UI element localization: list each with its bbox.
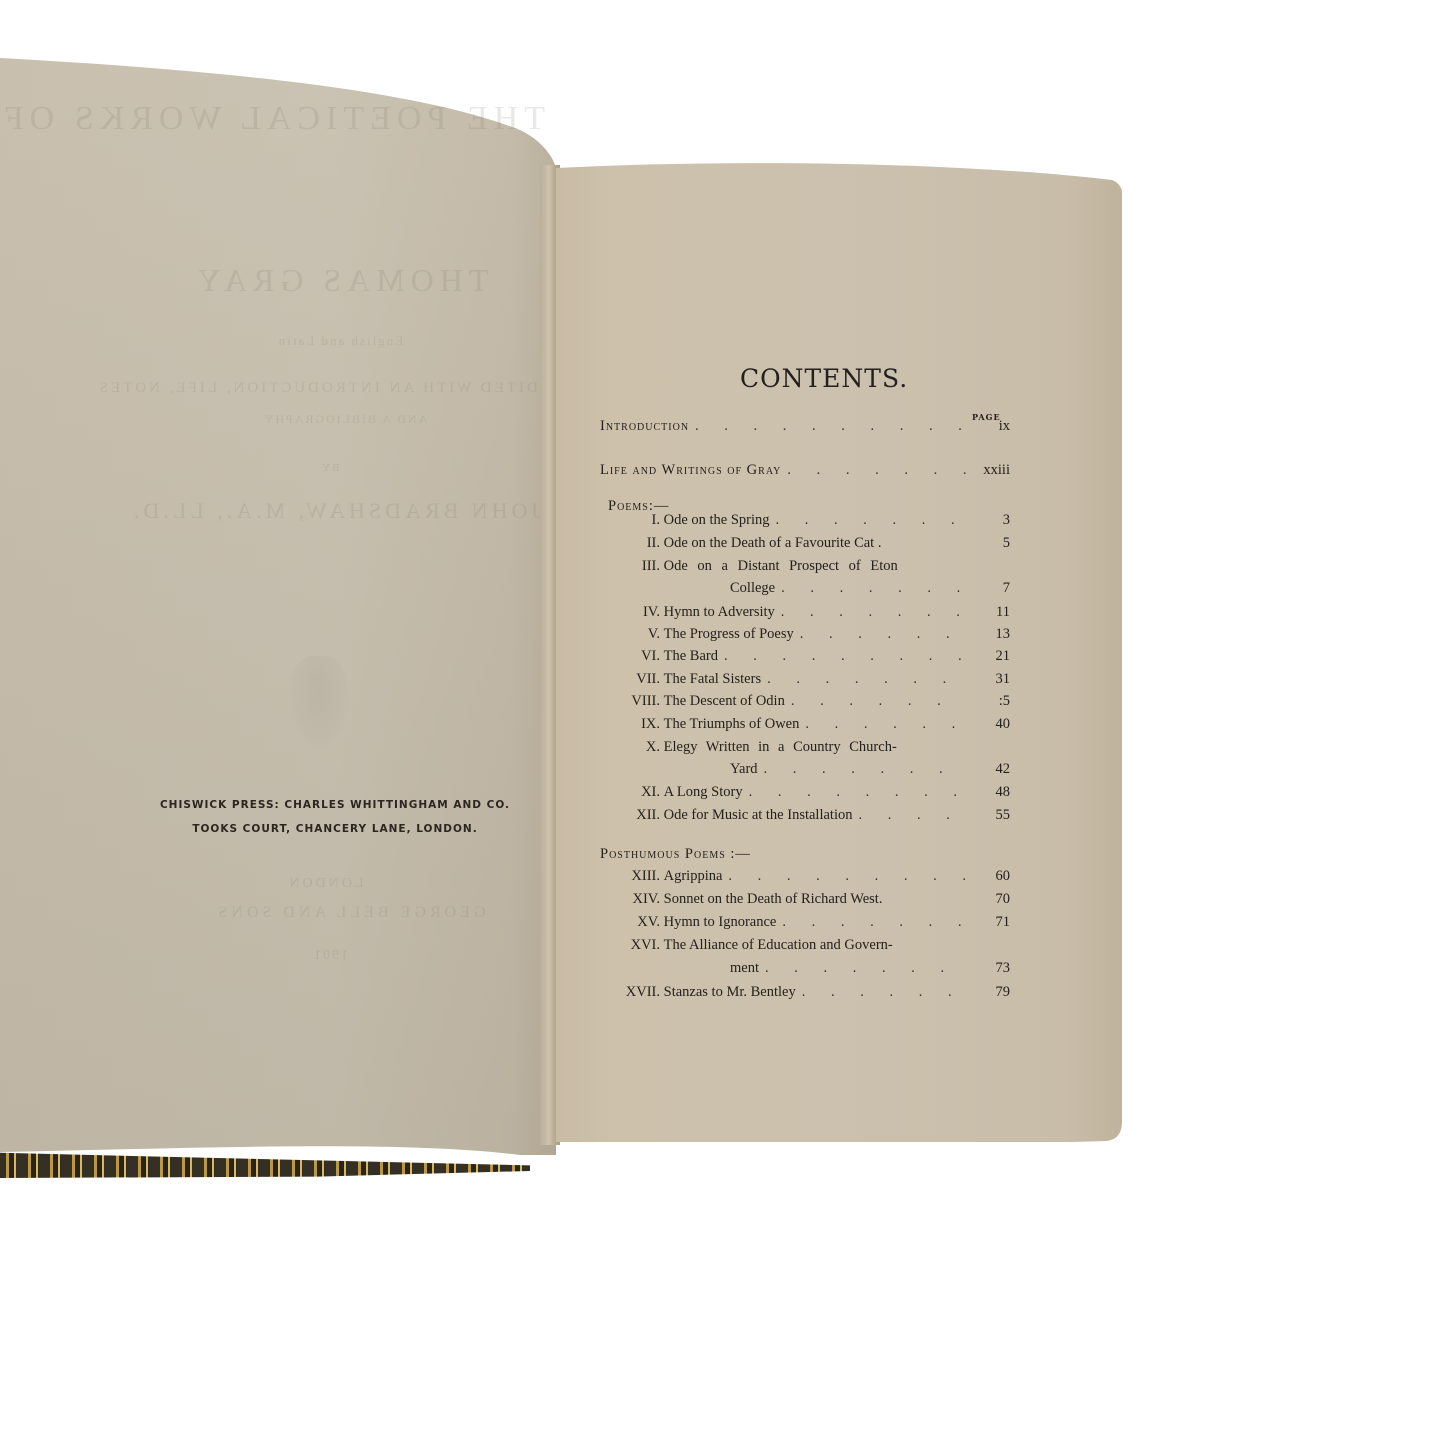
toc-entry: XVII. Stanzas to Mr. Bentley . . . . . .… (600, 984, 1010, 1006)
toc-entry-continuation: Yard . . . . . . . . . . . . . . . . . .… (600, 761, 1010, 783)
toc-entry: Life and Writings of Gray . . . . . . . … (600, 462, 1010, 484)
entry-title: The Progress of Poesy (664, 626, 794, 643)
toc-entry: XIII. Agrippina . . . . . . . . . . . . … (600, 868, 1010, 890)
roman-numeral: XVII. (600, 984, 660, 1001)
toc-entry: VI. The Bard . . . . . . . . . . . . . .… (600, 648, 1010, 670)
dot-leader: . . . . . . . . . . . . . . . . . . . . … (764, 761, 966, 778)
toc-entry: VII. The Fatal Sisters . . . . . . . . .… (600, 671, 1010, 693)
publisher-emblem-show-through (288, 656, 350, 752)
page-number: 7 (972, 580, 1010, 597)
roman-numeral: XI. (600, 784, 660, 801)
entry-title: Stanzas to Mr. Bentley (664, 984, 796, 1001)
page-number: 11 (972, 604, 1010, 621)
show-through-line: BY (300, 462, 360, 474)
dot-leader: . . . . . . . . . . . . . . . . . . . . … (695, 418, 966, 435)
show-through-line: GEORGE BELL AND SONS (190, 904, 510, 922)
entry-title: The Descent of Odin (664, 693, 785, 710)
roman-numeral: VI. (600, 648, 660, 665)
dot-leader: . . . . . . . . . . . . . . . . . . . . … (776, 512, 966, 529)
open-book: THE POETICAL WORKS OF THOMAS GRAY Englis… (0, 0, 1445, 1445)
roman-numeral: X. (600, 739, 660, 756)
roman-numeral: XV. (600, 914, 660, 931)
entry-title: The Alliance of Education and Govern- (664, 937, 893, 954)
page-number: 71 (972, 914, 1010, 931)
page-number: :5 (972, 693, 1010, 710)
entry-title-continued: College (730, 580, 775, 597)
toc-entry: X. Elegy Written in a Country Church- (600, 739, 1010, 761)
page-number: 79 (972, 984, 1010, 1001)
roman-numeral: V. (600, 626, 660, 643)
toc-entry: XII. Ode for Music at the Installation .… (600, 807, 1010, 829)
entry-title: A Long Story (664, 784, 743, 801)
page-number: 55 (972, 807, 1010, 824)
roman-numeral: IX. (600, 716, 660, 733)
show-through-line: LONDON (270, 876, 380, 892)
roman-numeral: VIII. (600, 693, 660, 710)
imprint-line-1: Chiswick Press: Charles Whittingham and … (150, 793, 520, 817)
dot-leader: . . . . . . . . . . . . . . . . . . . . … (805, 716, 966, 733)
toc-entry-continuation: College . . . . . . . . . . . . . . . . … (600, 580, 1010, 602)
page-number: 13 (972, 626, 1010, 643)
show-through-line: English and Latin (200, 333, 480, 349)
dot-leader: . . . . . . . . . . . . . . . . . . . . … (767, 671, 966, 688)
entry-title: Life and Writings of Gray (600, 462, 781, 479)
page-number: 21 (972, 648, 1010, 665)
contents-heading: CONTENTS. (740, 364, 908, 393)
dot-leader: . . . . . . . . . . . . . . . . . . . . … (800, 626, 966, 643)
dot-leader: . . . . . . . . . . . . . . . . . . . . … (749, 784, 966, 801)
toc-entry: XI. A Long Story . . . . . . . . . . . .… (600, 784, 1010, 806)
show-through-line: EDITED WITH AN INTRODUCTION, LIFE, NOTES (130, 380, 550, 397)
dot-leader: . . . . . . . . . . . . . . . . . . . . … (791, 693, 966, 710)
toc-entry: III. Ode on a Distant Prospect of Eton (600, 558, 1010, 580)
show-through-line: 1901 (300, 948, 360, 964)
page-number: ix (972, 418, 1010, 435)
roman-numeral: II. (600, 535, 660, 552)
dot-leader: . . . . . . . . . . . . . . . . . . . . … (765, 960, 966, 977)
page-number: 3 (972, 512, 1010, 529)
show-through-line: AND A BIBLIOGRAPHY (200, 412, 490, 427)
toc-entry: XV. Hymn to Ignorance . . . . . . . . . … (600, 914, 1010, 936)
roman-numeral: XIV. (600, 891, 660, 908)
roman-numeral: I. (600, 512, 660, 529)
entry-title-continued: Yard (730, 761, 758, 778)
entry-title: Hymn to Ignorance (664, 914, 777, 931)
dot-leader: . . . . . . . . . . . . . . . . . . . . … (724, 648, 966, 665)
toc-entry: V. The Progress of Poesy . . . . . . . .… (600, 626, 1010, 648)
entry-title: Sonnet on the Death of Richard West. (664, 891, 883, 908)
entry-title: Introduction (600, 418, 689, 435)
dot-leader: . . . . . . . . . . . . . . . . . . . . … (781, 580, 966, 597)
roman-numeral: VII. (600, 671, 660, 688)
toc-entry: XIV. Sonnet on the Death of Richard West… (600, 891, 1010, 913)
dot-leader: . . . . . . . . . . . . . . . . . . . . … (802, 984, 966, 1001)
page-number: 42 (972, 761, 1010, 778)
entry-title: Agrippina (664, 868, 723, 885)
entry-title: Ode on the Spring (664, 512, 770, 529)
printer-imprint: Chiswick Press: Charles Whittingham and … (150, 793, 520, 841)
page-number: 31 (972, 671, 1010, 688)
toc-entry: II. Ode on the Death of a Favourite Cat … (600, 535, 1010, 557)
roman-numeral: IV. (600, 604, 660, 621)
entry-title: Ode for Music at the Installation (664, 807, 853, 824)
toc-entry: IV. Hymn to Adversity . . . . . . . . . … (600, 604, 1010, 626)
toc-entry: Introduction . . . . . . . . . . . . . .… (600, 418, 1010, 440)
dot-leader: . . . . . . . . . . . . . . . . . . . . … (728, 868, 966, 885)
page-number: 73 (972, 960, 1010, 977)
roman-numeral: XVI. (600, 937, 660, 954)
entry-title: The Fatal Sisters (664, 671, 761, 688)
section-heading: Posthumous Poems :— (600, 846, 751, 863)
show-through-line: JOHN BRADSHAW, M.A., LL.D. (160, 498, 540, 524)
page-number: 5 (972, 535, 1010, 552)
entry-title: Elegy Written in a Country Church- (664, 739, 897, 756)
imprint-line-2: Tooks Court, Chancery Lane, London. (150, 817, 520, 841)
toc-entry-continuation: ment . . . . . . . . . . . . . . . . . .… (600, 960, 1010, 982)
left-page (0, 50, 556, 1155)
dot-leader: . . . . . . . . . . . . . . . . . . . . … (781, 604, 966, 621)
toc-entry: VIII. The Descent of Odin . . . . . . . … (600, 693, 1010, 715)
entry-title: The Triumphs of Owen (664, 716, 800, 733)
roman-numeral: XII. (600, 807, 660, 824)
show-through-line: THOMAS GRAY (150, 262, 530, 299)
toc-entry: I. Ode on the Spring . . . . . . . . . .… (600, 512, 1010, 534)
entry-title: Ode on a Distant Prospect of Eton (664, 558, 898, 575)
page-number: 48 (972, 784, 1010, 801)
toc-entry: IX. The Triumphs of Owen . . . . . . . .… (600, 716, 1010, 738)
entry-title-continued: ment (730, 960, 759, 977)
page-number: 60 (972, 868, 1010, 885)
dot-leader: . . . . . . . . . . . . . . . . . . . . … (787, 462, 966, 479)
dot-leader: . . . . . . . . . . . . . . . . . . . . … (858, 807, 966, 824)
roman-numeral: XIII. (600, 868, 660, 885)
entry-title: Ode on the Death of a Favourite Cat . (664, 535, 882, 552)
page-number: xxiii (972, 462, 1010, 479)
entry-title: Hymn to Adversity (664, 604, 775, 621)
roman-numeral: III. (600, 558, 660, 575)
toc-entry: XVI. The Alliance of Education and Gover… (600, 937, 1010, 959)
entry-title: The Bard (664, 648, 718, 665)
page-number: 70 (972, 891, 1010, 908)
gilt-page-edge (0, 1150, 530, 1178)
dot-leader: . . . . . . . . . . . . . . . . . . . . … (782, 914, 966, 931)
page-number: 40 (972, 716, 1010, 733)
show-through-line: THE POETICAL WORKS OF (95, 100, 545, 138)
